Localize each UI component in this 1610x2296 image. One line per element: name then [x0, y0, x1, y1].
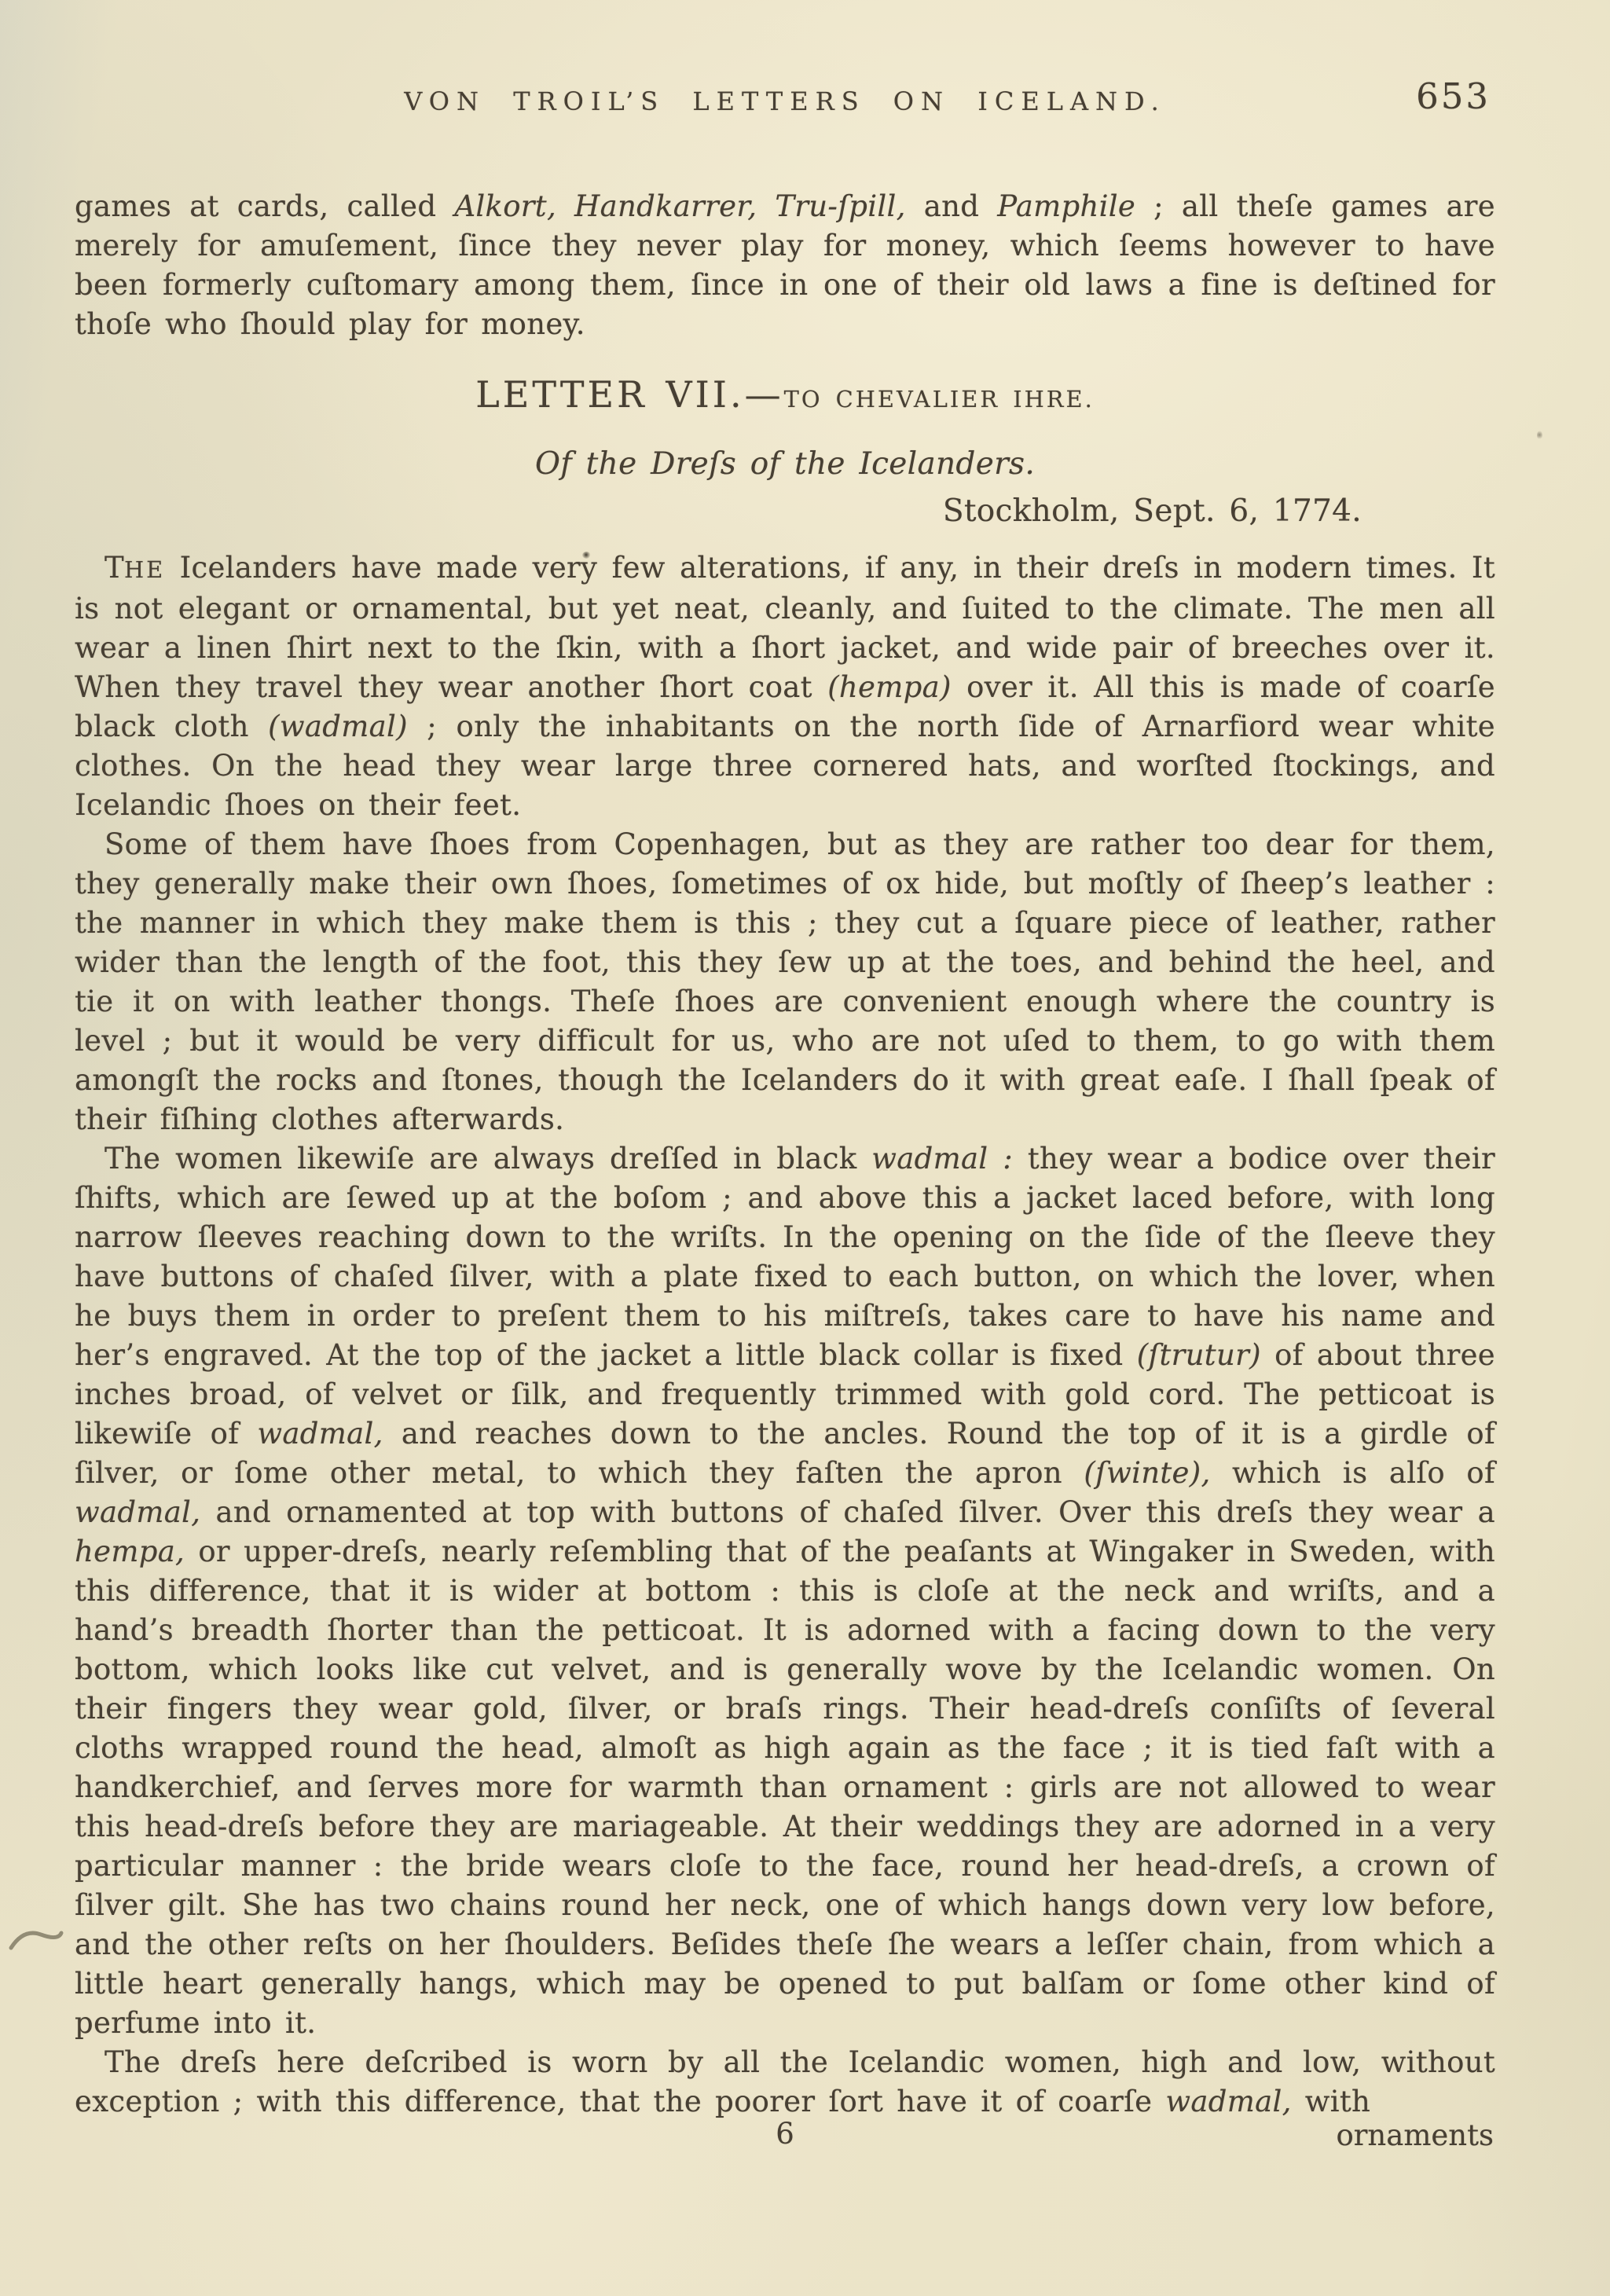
- press-signature: 6: [75, 2117, 1495, 2151]
- running-head-title: VON TROIL’S LETTERS ON ICELAND.: [404, 86, 1165, 116]
- letter-heading: LETTER VII.—TO CHEVALIER IHRE.: [75, 371, 1495, 423]
- dateline: Stockholm, Sept. 6, 1774.: [75, 492, 1495, 531]
- text-blocks: games at cards, called Alkort, Handkarre…: [75, 187, 1495, 2122]
- page-number: 653: [1416, 75, 1491, 117]
- paragraph: THE Icelanders have made very few altera…: [75, 548, 1495, 825]
- pen-mark: [8, 1922, 64, 1957]
- paragraph: games at cards, called Alkort, Handkarre…: [75, 187, 1495, 344]
- ink-speck: [1537, 431, 1542, 440]
- paragraph: The dreſs here deſcribed is worn by all …: [75, 2043, 1495, 2122]
- ink-speck: [582, 552, 591, 559]
- catchword: ornaments: [1336, 2118, 1494, 2152]
- signature-line: 6 ornaments: [75, 2117, 1495, 2158]
- running-head: VON TROIL’S LETTERS ON ICELAND. 653: [75, 86, 1495, 126]
- paragraph: Some of them have ſhoes from Copenhagen,…: [75, 825, 1495, 1139]
- paragraph: The women likewiſe are always dreſſed in…: [75, 1139, 1495, 2043]
- subtitle: Of the Dreſs of the Icelanders.: [75, 445, 1495, 484]
- book-page: VON TROIL’S LETTERS ON ICELAND. 653 game…: [0, 0, 1610, 2296]
